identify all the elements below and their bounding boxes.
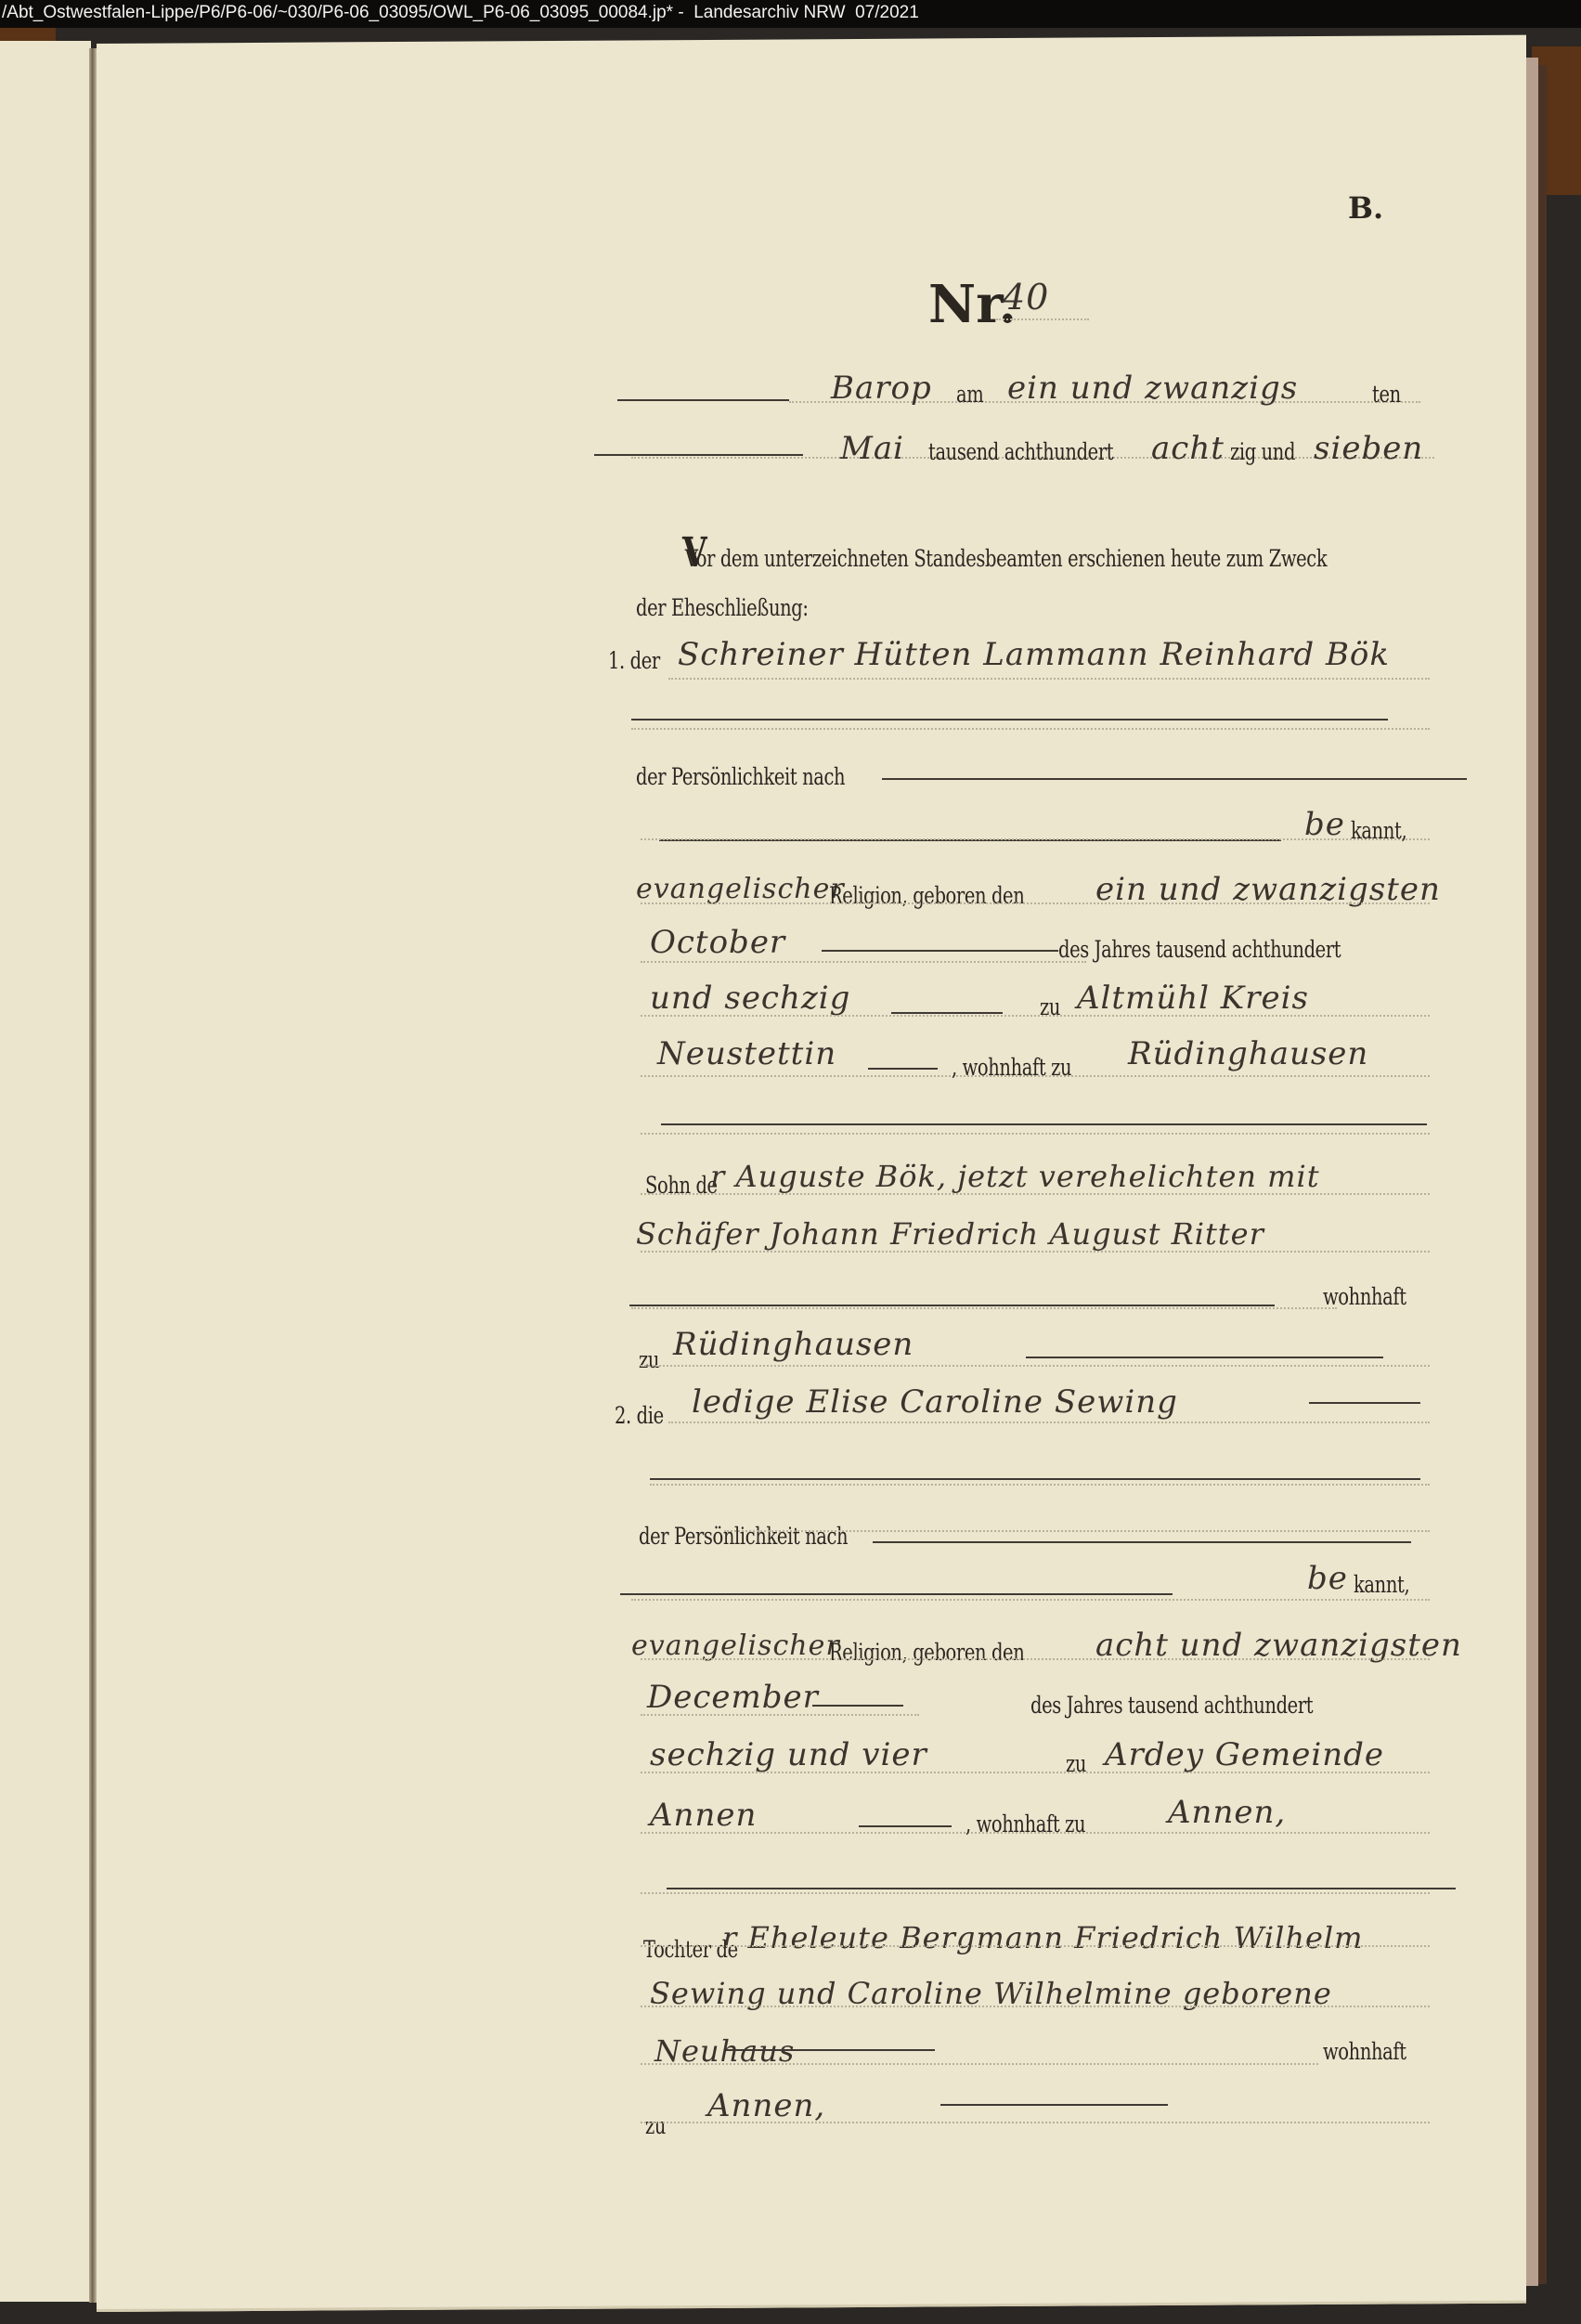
registration-year-unit: sieben [1314, 430, 1423, 467]
bride-zu-label: zu [1066, 1750, 1086, 1777]
groom-parents-residence: Rüdinghausen [673, 1326, 914, 1363]
bride-birth-month: December [647, 1679, 819, 1716]
groom-residence: Rüdinghausen [1128, 1035, 1368, 1072]
dotted-line [668, 1422, 1430, 1423]
rule-line [1026, 1357, 1383, 1358]
rule-line [726, 2049, 935, 2051]
label-am: am [956, 381, 983, 408]
bride-parents-zu: zu [645, 2112, 666, 2139]
dotted-line [641, 2122, 1430, 2123]
registration-month: Mai [840, 430, 904, 467]
groom-name: Schreiner Hütten Lammann Reinhard Bök [678, 636, 1390, 673]
registration-decade: acht [1151, 430, 1225, 467]
bride-known-prefix: be [1307, 1560, 1348, 1597]
rule-line [629, 1305, 1275, 1306]
entry-number: 40 [1003, 277, 1049, 318]
dotted-line [641, 1015, 1430, 1017]
groom-index: 1. der [608, 647, 660, 674]
groom-parents-zu: zu [639, 1346, 659, 1373]
dotted-line [631, 1599, 1430, 1601]
dotted-line [631, 728, 1430, 730]
intro-line2: der Eheschließung: [636, 594, 809, 621]
place-of-registration: Barop [831, 370, 932, 407]
dotted-line [641, 1658, 1430, 1660]
rule-line [868, 1068, 938, 1070]
bride-birth-place: Ardey Gemeinde [1105, 1736, 1384, 1773]
groom-known-prefix: be [1304, 806, 1345, 843]
groom-parents-line1: r Auguste Bök, jetzt verehelichten mit [710, 1159, 1320, 1194]
bride-birth-year: sechzig und vier [650, 1736, 927, 1773]
rule-line [661, 1123, 1427, 1125]
dotted-line [641, 1945, 1430, 1947]
dotted-line [641, 2063, 1318, 2065]
bride-residence-label: , wohnhaft zu [965, 1811, 1085, 1837]
rule-line [822, 950, 1058, 952]
dotted-line [724, 1530, 1430, 1532]
rule-line [1309, 1402, 1420, 1404]
dotted-line [641, 1193, 1430, 1195]
rule-line [617, 399, 789, 401]
dotted-line [641, 1365, 1430, 1367]
dotted-line [650, 1484, 1430, 1486]
rule-line [667, 1888, 1456, 1889]
dotted-line [641, 1133, 1430, 1135]
groom-parents-line2: Schäfer Johann Friedrich August Ritter [636, 1216, 1264, 1252]
section-letter: B. [1348, 190, 1383, 226]
groom-residence-label: , wohnhaft zu [952, 1054, 1071, 1081]
dotted-line [668, 678, 1430, 680]
label-tausend-achthundert: tausend achthundert [928, 438, 1113, 465]
intro-text: VVor dem unterzeichneten Standesbeamten … [682, 529, 1327, 577]
groom-birth-year: und sechzig [650, 980, 850, 1017]
label-zigund: zig und [1230, 438, 1295, 465]
rule-line [594, 454, 803, 456]
dotted-line [996, 318, 1089, 320]
register-entry: B. Nr. 40 Barop am ein und zwanzigs ten … [0, 0, 1581, 2324]
rule-line [940, 2104, 1168, 2106]
intro-line1: Vor dem unterzeichneten Standesbeamten e… [685, 545, 1327, 572]
rule-line [650, 1478, 1420, 1480]
window-title-bar: /Abt_Ostwestfalen-Lippe/P6/P6-06/~030/P6… [0, 0, 1581, 28]
dotted-line [641, 1714, 919, 1716]
dotted-line [641, 2006, 1430, 2007]
dotted-line [641, 1251, 1430, 1253]
groom-identity-label: der Persönlichkeit nach [636, 763, 845, 790]
groom-birth-place-district: Neustettin [657, 1035, 836, 1072]
bride-religion-label: Religion, geboren den [829, 1639, 1024, 1666]
rule-line [812, 1705, 903, 1707]
rule-line [891, 1012, 1003, 1014]
rule-line [882, 778, 1467, 780]
bride-identity-label: der Persönlichkeit nach [639, 1523, 848, 1550]
dotted-line [631, 1307, 1337, 1309]
dotted-line [641, 1892, 1430, 1894]
groom-zu-label: zu [1040, 993, 1060, 1020]
bride-parents-residence-label: wohnhaft [1323, 2038, 1406, 2065]
bride-name: ledige Elise Caroline Sewing [692, 1383, 1178, 1421]
groom-birth-place: Altmühl Kreis [1077, 980, 1309, 1017]
rule-line [620, 1593, 1173, 1595]
registration-day: ein und zwanzigs [1007, 370, 1298, 407]
dotted-line [641, 961, 1086, 963]
bride-index: 2. die [615, 1402, 664, 1429]
bride-parents-line1: r Eheleute Bergmann Friedrich Wilhelm [722, 1920, 1363, 1955]
window-title: /Abt_Ostwestfalen-Lippe/P6/P6-06/~030/P6… [2, 3, 919, 22]
groom-year-label: des Jahres tausend achthundert [1058, 936, 1341, 963]
bride-known-suffix: kannt, [1354, 1571, 1409, 1598]
bride-religion: evangelischer [631, 1629, 840, 1662]
bride-birth-place-district: Annen [650, 1797, 757, 1834]
bride-parents-residence: Annen, [707, 2087, 825, 2124]
groom-religion: evangelischer [636, 873, 845, 905]
bride-residence: Annen, [1168, 1794, 1286, 1831]
groom-known-suffix: kannt, [1351, 817, 1406, 844]
label-ten: ten [1372, 381, 1401, 408]
rule-line [631, 719, 1388, 721]
groom-birth-month: October [650, 924, 785, 961]
rule-line [873, 1541, 1411, 1543]
rule-line [859, 1825, 952, 1827]
dotted-line [641, 902, 1430, 904]
groom-religion-label: Religion, geboren den [829, 882, 1024, 909]
bride-year-label: des Jahres tausend achthundert [1030, 1692, 1313, 1719]
groom-parents-residence-label: wohnhaft [1323, 1283, 1406, 1310]
